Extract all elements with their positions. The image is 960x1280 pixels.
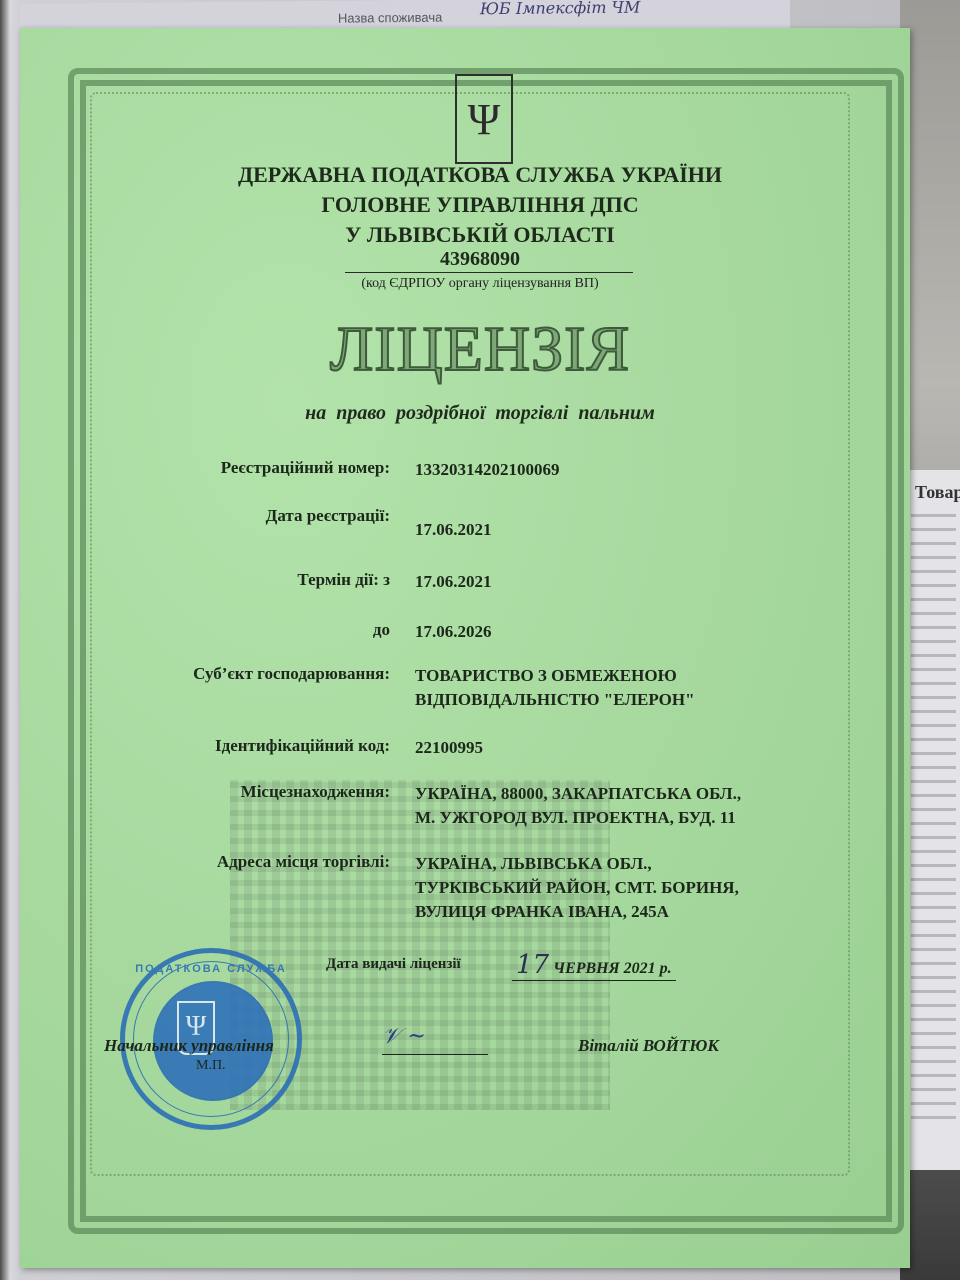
authority-line-2: ГОЛОВНЕ УПРАВЛІННЯ ДПС xyxy=(0,192,960,218)
field-value-line: М. УЖГОРОД ВУЛ. ПРОЕКТНА, БУД. 11 xyxy=(415,806,741,830)
field-value: 13320314202100069 xyxy=(415,458,560,482)
issue-date-label: Дата видачі ліцензії xyxy=(326,956,461,973)
issue-date-rest: ЧЕРВНЯ 2021 р. xyxy=(553,960,672,977)
field-label: до xyxy=(373,620,390,640)
chief-title: Начальник управління xyxy=(104,1036,274,1056)
signature: 𝒱 ~ xyxy=(382,1024,488,1055)
field-label: Адреса місця торгівлі: xyxy=(217,852,390,872)
field-label: Ідентифікаційний код: xyxy=(215,736,390,756)
document-title: ЛІЦЕНЗІЯ xyxy=(0,312,960,386)
issue-date-value: 17ЧЕРВНЯ 2021 р. xyxy=(512,950,676,981)
field-label: Дата реєстрації: xyxy=(266,506,390,526)
field-value-line: 22100995 xyxy=(415,736,483,760)
field-value-line: УКРАЇНА, 88000, ЗАКАРПАТСЬКА ОБЛ., xyxy=(415,782,741,806)
stamp-outer-text: ПОДАТКОВА СЛУЖБА xyxy=(125,963,297,975)
field-value-line: 13320314202100069 xyxy=(415,458,560,482)
authority-code-note: (код ЄДРПОУ органу ліцензування ВП) xyxy=(0,276,960,292)
field-value: 17.06.2021 xyxy=(415,518,492,542)
field-value-line: 17.06.2021 xyxy=(415,518,492,542)
field-value-line: 17.06.2021 xyxy=(415,570,492,594)
consumer-label: Назва споживача xyxy=(338,10,442,26)
field-label: Реєстраційний номер: xyxy=(221,458,390,478)
authority-line-3: У ЛЬВІВСЬКІЙ ОБЛАСТІ xyxy=(0,222,960,248)
field-value: УКРАЇНА, ЛЬВІВСЬКА ОБЛ.,ТУРКІВСЬКИЙ РАЙО… xyxy=(415,852,739,924)
side-document-text xyxy=(905,514,960,1119)
field-label: Суб’єкт господарювання: xyxy=(193,664,390,684)
field-value: УКРАЇНА, 88000, ЗАКАРПАТСЬКА ОБЛ.,М. УЖГ… xyxy=(415,782,741,830)
authority-code: 43968090 xyxy=(0,248,960,271)
field-value-line: ТОВАРИСТВО З ОБМЕЖЕНОЮ xyxy=(415,664,695,688)
signer-name: Віталій ВОЙТЮК xyxy=(578,1036,719,1056)
field-value: ТОВАРИСТВО З ОБМЕЖЕНОЮВІДПОВІДАЛЬНІСТЮ "… xyxy=(415,664,695,712)
field-value-line: ВУЛИЦЯ ФРАНКА ІВАНА, 245А xyxy=(415,900,739,924)
field-value: 17.06.2021 xyxy=(415,570,492,594)
field-value-line: ТУРКІВСЬКИЙ РАЙОН, СМТ. БОРИНЯ, xyxy=(415,876,739,900)
document-subtitle: на право роздрібної торгівлі пальним xyxy=(0,402,960,425)
trident-icon: Ψ xyxy=(455,74,513,164)
consumer-handwriting: ЮБ Імпексфіт ЧМ xyxy=(480,0,641,18)
issue-date-day: 17 xyxy=(516,950,549,980)
authority-line-1: ДЕРЖАВНА ПОДАТКОВА СЛУЖБА УКРАЇНИ xyxy=(0,162,960,188)
field-value-line: 17.06.2026 xyxy=(415,620,492,644)
field-value: 22100995 xyxy=(415,736,483,760)
side-document-title: Товар xyxy=(905,470,960,503)
field-value: 17.06.2026 xyxy=(415,620,492,644)
side-document: Товар xyxy=(905,470,960,1170)
seal-place: М.П. xyxy=(196,1058,226,1074)
authority-code-underline xyxy=(345,272,633,273)
field-value-line: ВІДПОВІДАЛЬНІСТЮ "ЕЛЕРОН" xyxy=(415,688,695,712)
field-label: Місцезнаходження: xyxy=(241,782,390,802)
field-value-line: УКРАЇНА, ЛЬВІВСЬКА ОБЛ., xyxy=(415,852,739,876)
field-label: Термін дії: з xyxy=(297,570,390,590)
